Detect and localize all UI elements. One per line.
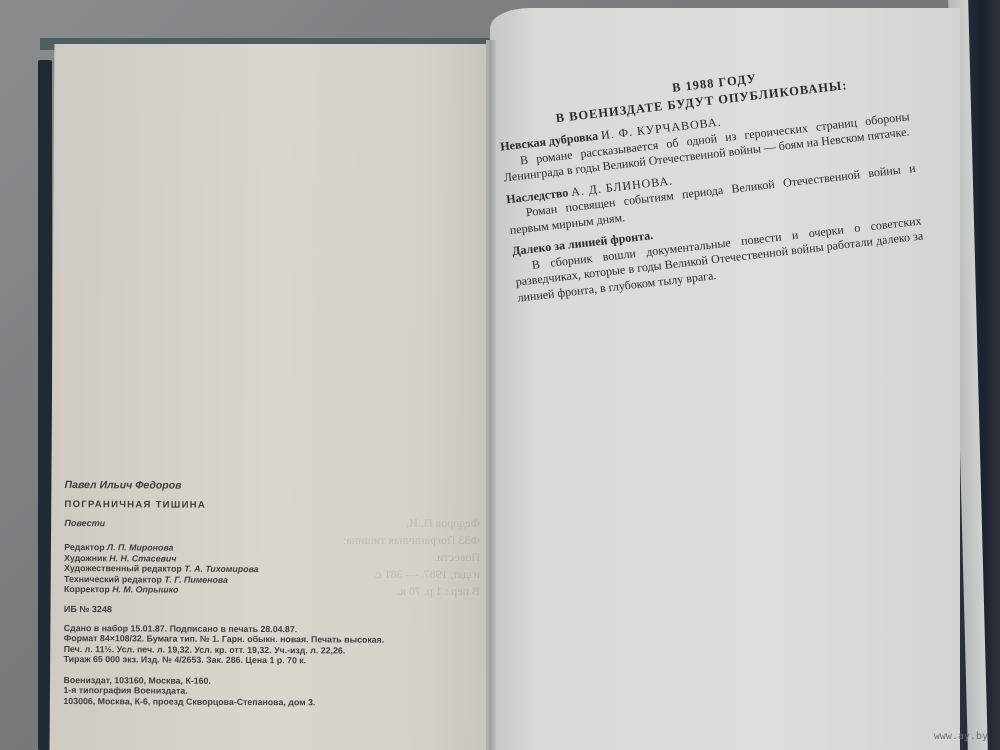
book-author: Павел Ильич Федоров	[65, 479, 445, 493]
credit-name: Н. М. Опрышко	[112, 584, 178, 594]
credit-name: Т. А. Тихомирова	[184, 564, 258, 574]
credit-name: Л. П. Миронова	[107, 542, 173, 552]
colophon: Павел Ильич Федоров ПОГРАНИЧНАЯ ТИШИНА П…	[63, 479, 444, 708]
credit-role: Художественный редактор	[64, 563, 182, 574]
credit-role: Корректор	[64, 584, 110, 594]
spec-line: Тираж 65 000 экз. Изд. № 4/2653. Зак. 28…	[64, 654, 444, 666]
book-title: ПОГРАНИЧНАЯ ТИШИНА	[64, 499, 444, 512]
watermark: www.ay.by	[934, 731, 988, 742]
address-line: 103006, Москва, К-6, проезд Скворцова-Ст…	[63, 696, 443, 708]
ib-number: ИБ № 3248	[64, 604, 444, 616]
credits-list: Редактор Л. П. Миронова Художник Н. Н. С…	[64, 542, 444, 596]
credit-role: Художник	[64, 553, 107, 563]
credit-role: Редактор	[64, 542, 104, 552]
credit-line: Корректор Н. М. Опрышко	[64, 584, 444, 596]
credit-name: Н. Н. Стасевич	[109, 553, 176, 563]
book-genre: Повести	[64, 518, 444, 530]
print-specifications: Сдано в набор 15.01.87. Подписано в печа…	[64, 623, 444, 667]
publisher-addresses: Воениздат, 103160, Москва, К-160. 1-я ти…	[63, 675, 443, 708]
book-gutter	[486, 40, 496, 750]
credit-role: Технический редактор	[64, 574, 162, 585]
credit-name: Т. Г. Пименова	[164, 574, 228, 584]
